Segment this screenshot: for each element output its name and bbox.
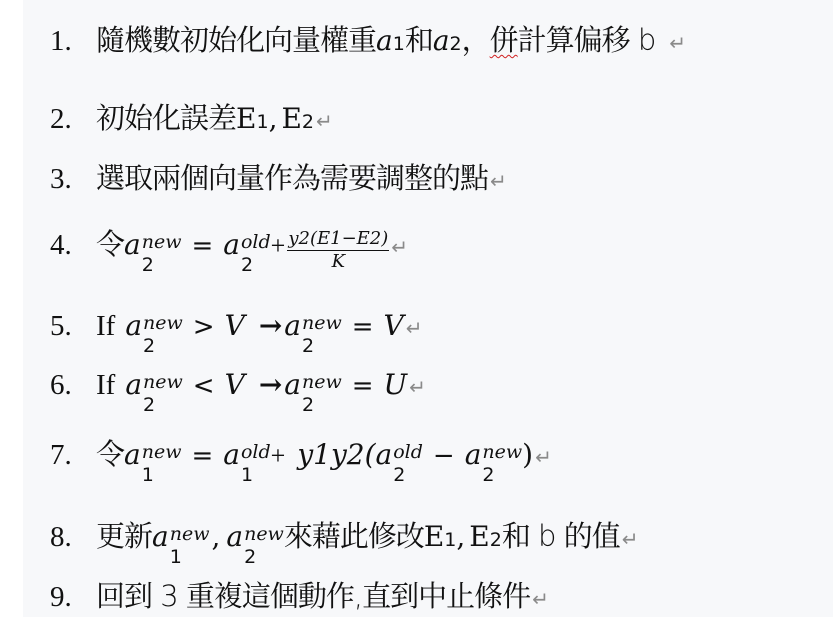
- paragraph-mark-icon: ↵: [490, 171, 507, 191]
- list-item-4: 4. 令 anew2 = aold2 + y2(E1−E2)K ↵: [50, 230, 408, 281]
- paragraph-mark-icon: ↵: [535, 447, 552, 467]
- step-text: 回到 3 重複這個動作,直到中止條件: [96, 582, 530, 611]
- list-item-8: 8. 更新 anew1 , anew2 來藉此修改 E1 , E2 和 b 的值…: [50, 522, 638, 569]
- list-item-9: 9. 回到 3 重複這個動作,直到中止條件 ↵: [50, 582, 549, 612]
- list-item-2: 2. 初始化誤差 E1 , E2 ↵: [50, 104, 333, 134]
- math-op: >: [193, 314, 215, 340]
- item-number: 9.: [50, 583, 96, 612]
- item-number: 6.: [50, 371, 96, 400]
- math-sup: old: [241, 443, 271, 462]
- list-item-6: 6. If anew2 < V → anew2 = U ↵: [50, 371, 426, 417]
- math-sub: 2: [241, 256, 271, 275]
- paragraph-mark-icon: ↵: [406, 318, 423, 338]
- math-sub: 2: [490, 531, 502, 550]
- math-var: a: [223, 441, 240, 469]
- math-var: a: [465, 441, 482, 469]
- math-op: =: [352, 373, 374, 399]
- math-op: =: [191, 443, 213, 469]
- list-item-7: 7. 令 anew1 = aold1 + y1y2( aold2 − anew2…: [50, 440, 552, 487]
- math-sep: ,: [456, 523, 465, 551]
- list-item-1: 1. 隨機數初始化向量權重 a1 和 a2 ， 併計算偏移 b ↵: [50, 26, 686, 56]
- math-supsub: old1: [241, 449, 271, 487]
- math-sup: new: [482, 443, 522, 462]
- step-text: If: [96, 312, 115, 341]
- math-paren: ): [522, 441, 533, 469]
- math-sup: new: [244, 525, 284, 544]
- step-text: 和 b 的值: [502, 522, 620, 551]
- paragraph-mark-icon: ↵: [316, 111, 333, 131]
- step-text: 令: [96, 230, 124, 259]
- math-var: a: [433, 27, 450, 55]
- math-sub: 1: [393, 35, 405, 54]
- math-sub: 2: [143, 337, 183, 356]
- math-sub: 1: [444, 531, 456, 550]
- paragraph-mark-icon: ↵: [622, 529, 639, 549]
- math-supsub: new2: [302, 379, 342, 417]
- paragraph-mark-icon: ↵: [391, 237, 408, 257]
- math-var: a: [125, 371, 142, 399]
- fraction-numerator: y2(E1−E2): [287, 230, 389, 251]
- math-sub: 2: [143, 396, 183, 415]
- math-var: U: [384, 371, 408, 399]
- math-sup: old: [241, 233, 271, 252]
- math-sub: 1: [170, 548, 210, 567]
- math-sub: 1: [256, 113, 268, 132]
- math-supsub: new2: [143, 379, 183, 417]
- math-var: a: [223, 231, 240, 259]
- math-sub: 2: [302, 337, 342, 356]
- math-sep: ,: [269, 105, 278, 133]
- math-var: V: [384, 312, 404, 340]
- math-term: y1y2(: [297, 441, 375, 469]
- math-sup: new: [170, 525, 210, 544]
- math-sub: 2: [393, 466, 423, 485]
- item-number: 8.: [50, 523, 96, 552]
- math-var: E: [281, 105, 301, 133]
- math-supsub: new2: [142, 239, 182, 277]
- math-var: a: [376, 441, 393, 469]
- math-sub: 1: [241, 466, 271, 485]
- step-text: ，: [462, 26, 490, 55]
- item-number: 5.: [50, 312, 96, 341]
- arrow-icon: →: [259, 312, 282, 340]
- item-number: 7.: [50, 441, 96, 470]
- math-sep: ,: [211, 523, 220, 551]
- fraction-denominator: K: [332, 251, 345, 271]
- document-page: 1. 隨機數初始化向量權重 a1 和 a2 ， 併計算偏移 b ↵ 2. 初始化…: [23, 0, 833, 617]
- math-var: a: [284, 312, 301, 340]
- step-text: 隨機數初始化向量權重: [96, 26, 376, 55]
- math-var: a: [124, 441, 141, 469]
- spellcheck-flagged-word[interactable]: 併: [490, 26, 518, 55]
- math-op: <: [193, 373, 215, 399]
- math-supsub: old2: [241, 239, 271, 277]
- math-supsub: new1: [170, 531, 210, 569]
- item-number: 4.: [50, 231, 96, 260]
- math-var: a: [152, 523, 169, 551]
- math-sub: 2: [244, 548, 284, 567]
- math-sub: 2: [450, 35, 462, 54]
- math-sup: new: [143, 373, 183, 392]
- item-number: 3.: [50, 165, 96, 194]
- math-sub: 1: [142, 466, 182, 485]
- paragraph-mark-icon: ↵: [409, 377, 426, 397]
- math-op: −: [433, 443, 455, 469]
- math-op: =: [191, 233, 213, 259]
- arrow-icon: →: [259, 371, 282, 399]
- math-supsub: new2: [244, 531, 284, 569]
- math-sup: new: [302, 373, 342, 392]
- math-supsub: new2: [482, 449, 522, 487]
- math-sup: new: [143, 314, 183, 333]
- math-sub: 2: [302, 396, 342, 415]
- math-var: E: [469, 523, 489, 551]
- math-sup: old: [393, 443, 423, 462]
- item-number: 2.: [50, 105, 96, 134]
- math-var: E: [236, 105, 256, 133]
- step-text: 選取兩個向量作為需要調整的點: [96, 164, 488, 193]
- step-text: 和: [405, 26, 433, 55]
- step-text: If: [96, 371, 115, 400]
- math-var: a: [124, 231, 141, 259]
- list-item-5: 5. If anew2 > V → anew2 = V ↵: [50, 312, 423, 358]
- step-text: 來藉此修改: [284, 522, 424, 551]
- math-var: a: [226, 523, 243, 551]
- step-text: 令: [96, 440, 124, 469]
- step-text: 計算偏移 b: [518, 26, 656, 55]
- math-sup: new: [302, 314, 342, 333]
- paragraph-mark-icon: ↵: [532, 589, 549, 609]
- math-var: V: [225, 312, 245, 340]
- math-sub: 2: [302, 113, 314, 132]
- math-op: =: [352, 314, 374, 340]
- math-var: a: [376, 27, 393, 55]
- math-supsub: old2: [393, 449, 423, 487]
- math-sup: new: [142, 443, 182, 462]
- math-op: +: [271, 443, 286, 469]
- math-var: a: [284, 371, 301, 399]
- paragraph-mark-icon: ↵: [669, 33, 686, 53]
- math-sub: 2: [142, 256, 182, 275]
- item-number: 1.: [50, 27, 96, 56]
- step-text: 更新: [96, 522, 152, 551]
- math-var: V: [225, 371, 245, 399]
- math-supsub: new2: [143, 320, 183, 358]
- step-text: 初始化誤差: [96, 104, 236, 133]
- math-fraction: y2(E1−E2)K: [287, 230, 389, 271]
- math-supsub: new2: [302, 320, 342, 358]
- math-sup: new: [142, 233, 182, 252]
- math-var: E: [424, 523, 444, 551]
- math-var: a: [125, 312, 142, 340]
- math-op: +: [271, 233, 286, 259]
- math-supsub: new1: [142, 449, 182, 487]
- list-item-3: 3. 選取兩個向量作為需要調整的點 ↵: [50, 164, 507, 194]
- math-sub: 2: [482, 466, 522, 485]
